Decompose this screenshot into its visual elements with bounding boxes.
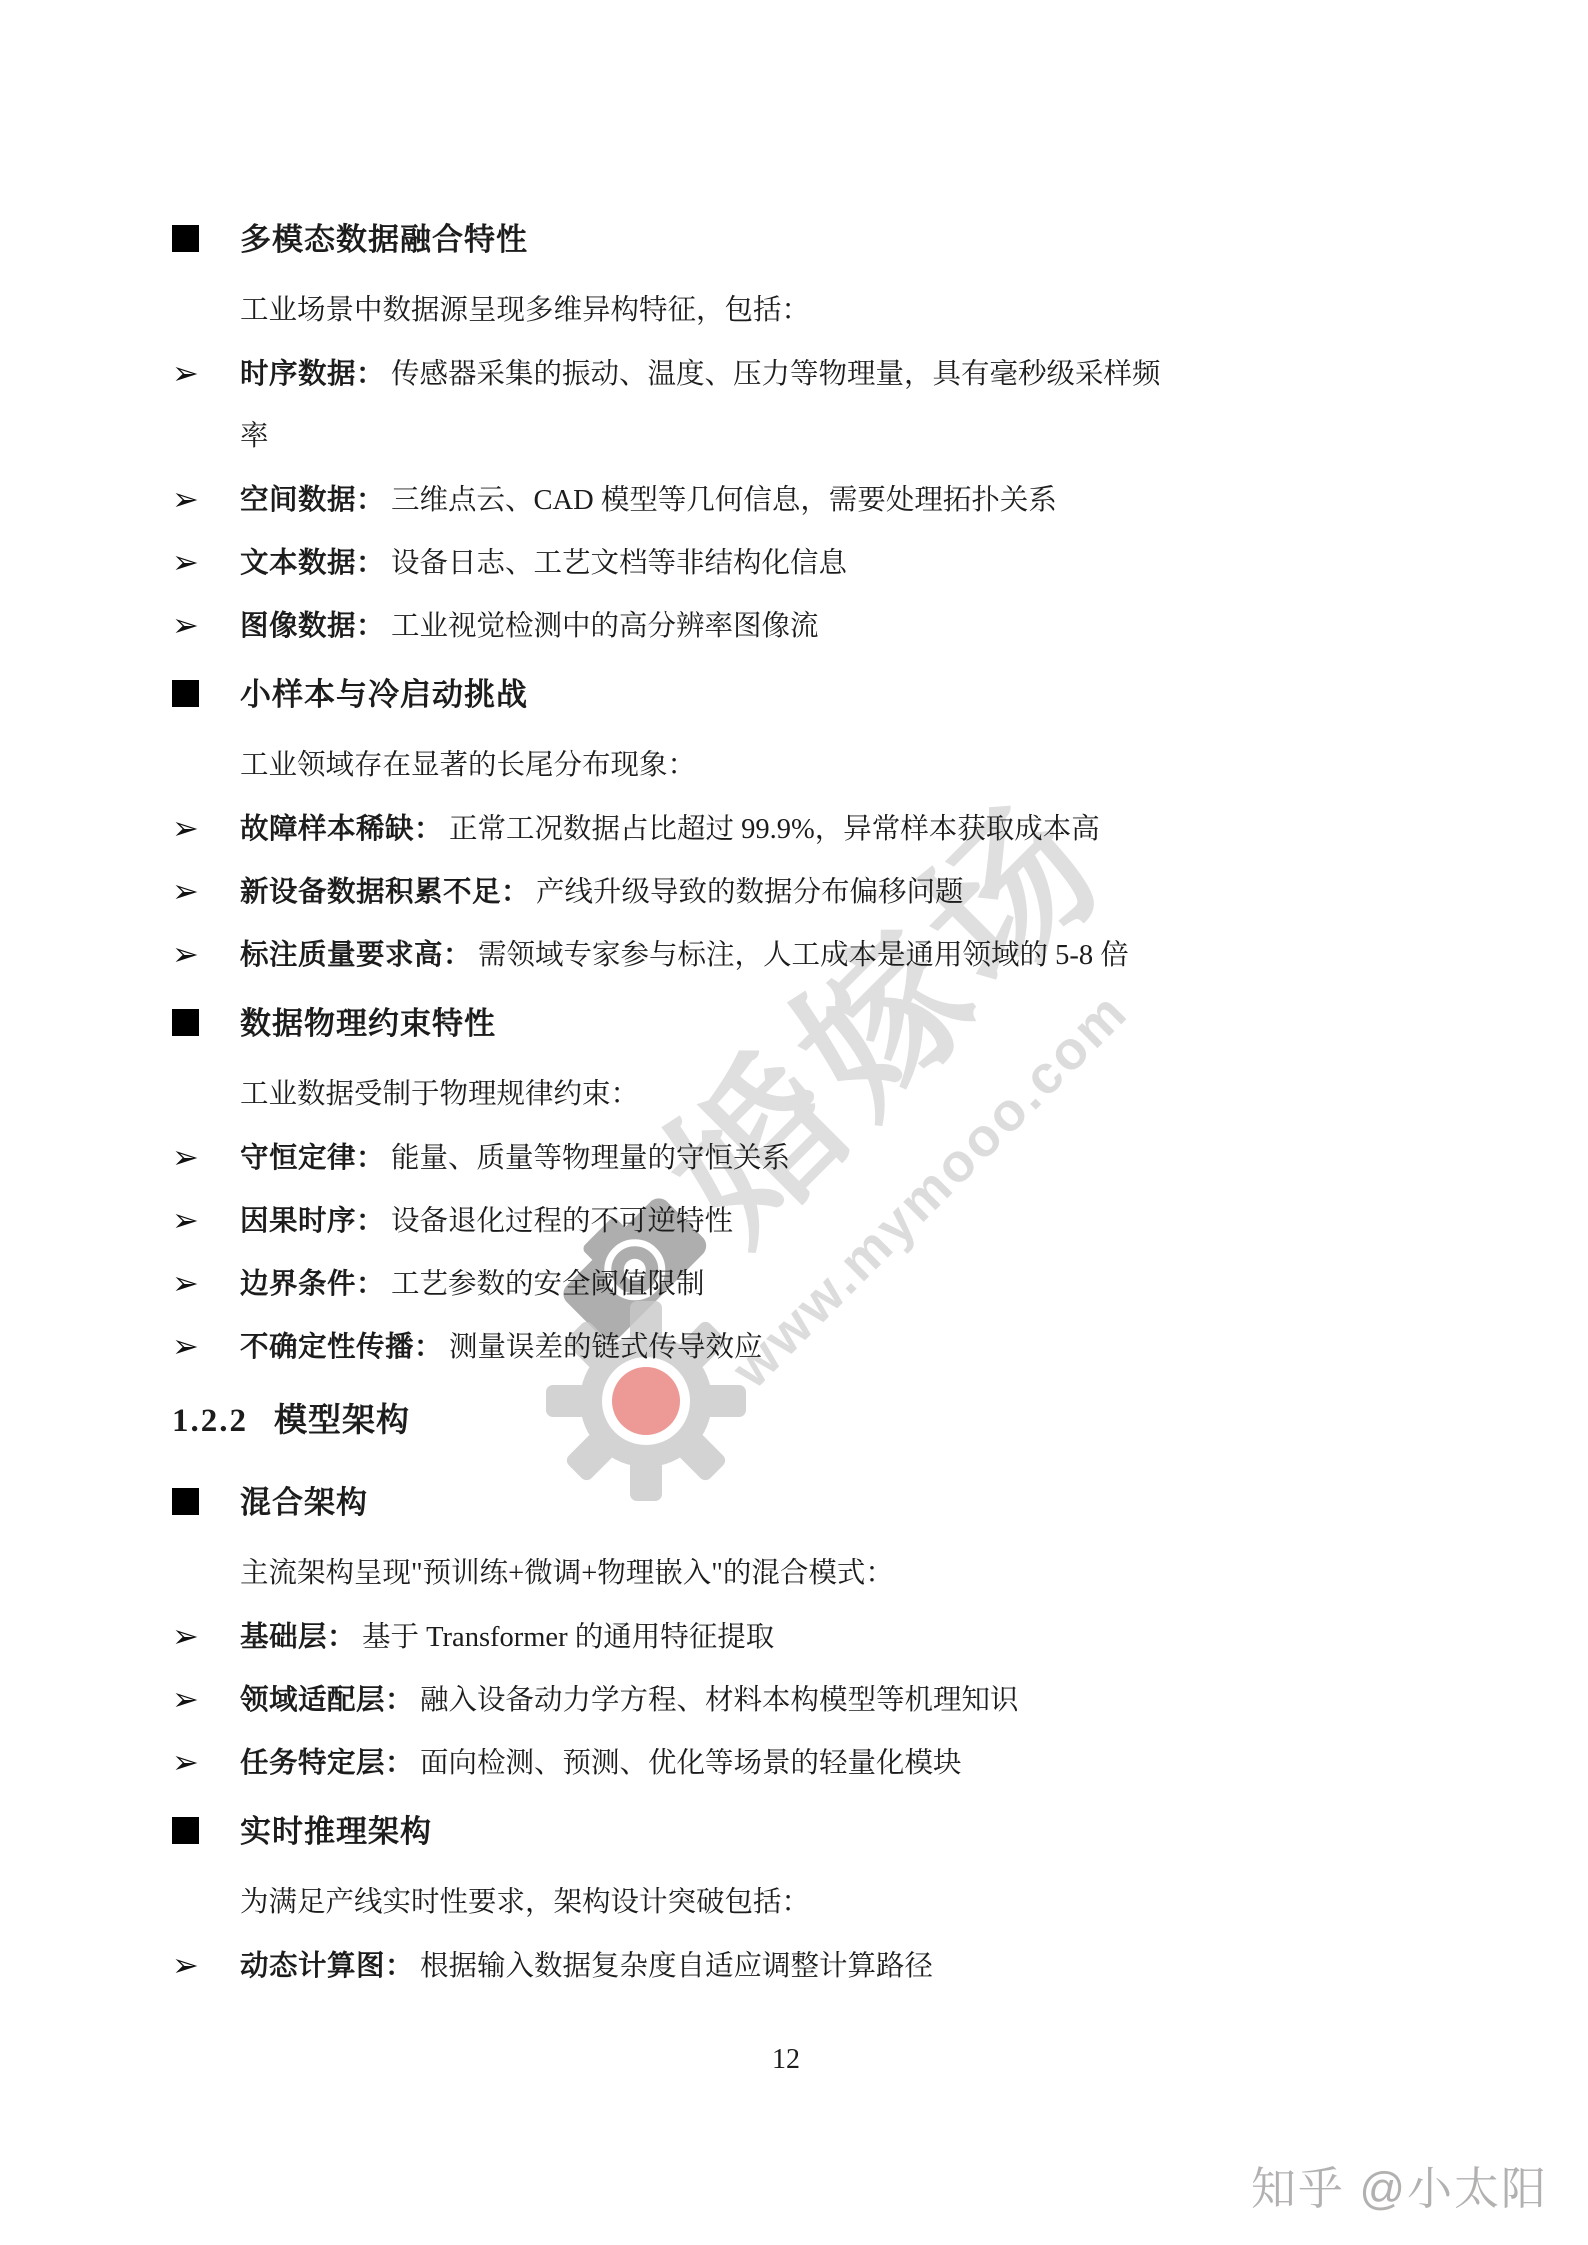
bullet-item: ➢不确定性传播：测量误差的链式传导效应 bbox=[172, 1327, 1432, 1367]
bullet-item: ➢故障样本稀缺：正常工况数据占比超过 99.9%，异常样本获取成本高 bbox=[172, 809, 1432, 849]
bullet-item: ➢新设备数据积累不足：产线升级导致的数据分布偏移问题 bbox=[172, 872, 1432, 912]
section-heading: 小样本与冷启动挑战 bbox=[172, 669, 1432, 717]
numbered-heading: 1.2.2模型架构 bbox=[172, 1390, 1432, 1444]
paragraph-text: 工业领域存在显著的长尾分布现象： bbox=[172, 746, 1432, 786]
arrow-bullet-icon: ➢ bbox=[172, 479, 199, 519]
bullet-text: 基于 Transformer 的通用特征提取 bbox=[362, 1622, 774, 1653]
bullet-label: 新设备数据积累不足： bbox=[240, 876, 530, 908]
bullet-text: 面向检测、预测、优化等场景的轻量化模块 bbox=[420, 1748, 962, 1779]
section-heading: 数据物理约束特性 bbox=[172, 998, 1432, 1046]
bullet-text: 产线升级导致的数据分布偏移问题 bbox=[536, 877, 964, 908]
bullet-label: 空间数据： bbox=[240, 484, 385, 516]
bullet-item: ➢空间数据：三维点云、CAD 模型等几何信息，需要处理拓扑关系 bbox=[172, 480, 1432, 520]
bullet-text: 融入设备动力学方程、材料本构模型等机理知识 bbox=[420, 1685, 1019, 1716]
square-bullet-icon bbox=[172, 1488, 199, 1515]
arrow-bullet-icon: ➢ bbox=[172, 808, 199, 848]
square-bullet-icon bbox=[172, 1009, 199, 1036]
bullet-text: 工业视觉检测中的高分辨率图像流 bbox=[391, 611, 819, 642]
bullet-item: ➢图像数据：工业视觉检测中的高分辨率图像流 bbox=[172, 606, 1432, 646]
section-heading-text: 实时推理架构 bbox=[240, 1814, 432, 1849]
bullet-label: 边界条件： bbox=[240, 1268, 385, 1300]
square-bullet-icon bbox=[172, 680, 199, 707]
arrow-bullet-icon: ➢ bbox=[172, 871, 199, 911]
arrow-bullet-icon: ➢ bbox=[172, 1616, 199, 1656]
square-bullet-icon bbox=[172, 1817, 199, 1844]
paragraph-text: 工业数据受制于物理规律约束： bbox=[172, 1075, 1432, 1115]
bullet-text: 设备退化过程的不可逆特性 bbox=[391, 1206, 733, 1237]
continuation-text: 率 bbox=[172, 417, 1432, 457]
bullet-text: 工艺参数的安全阈值限制 bbox=[391, 1269, 705, 1300]
bullet-label: 图像数据： bbox=[240, 610, 385, 642]
section-heading-text: 多模态数据融合特性 bbox=[240, 222, 528, 257]
bullet-item: ➢动态计算图：根据输入数据复杂度自适应调整计算路径 bbox=[172, 1946, 1432, 1986]
arrow-bullet-icon: ➢ bbox=[172, 542, 199, 582]
heading-number: 1.2.2 bbox=[172, 1403, 248, 1439]
arrow-bullet-icon: ➢ bbox=[172, 934, 199, 974]
bullet-item: ➢标注质量要求高：需领域专家参与标注，人工成本是通用领域的 5-8 倍 bbox=[172, 935, 1432, 975]
arrow-bullet-icon: ➢ bbox=[172, 353, 199, 393]
bullet-text: 正常工况数据占比超过 99.9%，异常样本获取成本高 bbox=[449, 814, 1100, 845]
section-heading: 多模态数据融合特性 bbox=[172, 214, 1432, 262]
bullet-label: 守恒定律： bbox=[240, 1142, 385, 1174]
bullet-label: 任务特定层： bbox=[240, 1747, 414, 1779]
arrow-bullet-icon: ➢ bbox=[172, 605, 199, 645]
bullet-item: ➢时序数据：传感器采集的振动、温度、压力等物理量，具有毫秒级采样频 bbox=[172, 354, 1432, 394]
arrow-bullet-icon: ➢ bbox=[172, 1326, 199, 1366]
zhihu-credit: 知乎 @小太阳 bbox=[1251, 2152, 1548, 2217]
bullet-label: 故障样本稀缺： bbox=[240, 813, 443, 845]
bullet-item: ➢任务特定层：面向检测、预测、优化等场景的轻量化模块 bbox=[172, 1743, 1432, 1783]
bullet-text: 根据输入数据复杂度自适应调整计算路径 bbox=[420, 1951, 933, 1982]
bullet-text: 三维点云、CAD 模型等几何信息，需要处理拓扑关系 bbox=[391, 485, 1057, 516]
section-heading: 混合架构 bbox=[172, 1477, 1432, 1525]
bullet-text: 需领域专家参与标注，人工成本是通用领域的 5-8 倍 bbox=[478, 940, 1129, 971]
bullet-item: ➢基础层：基于 Transformer 的通用特征提取 bbox=[172, 1617, 1432, 1657]
document-page: 婚嫁场 www.mymooo.com bbox=[0, 0, 1588, 2245]
bullet-label: 不确定性传播： bbox=[240, 1331, 443, 1363]
arrow-bullet-icon: ➢ bbox=[172, 1263, 199, 1303]
bullet-label: 标注质量要求高： bbox=[240, 939, 472, 971]
bullet-item: ➢边界条件：工艺参数的安全阈值限制 bbox=[172, 1264, 1432, 1304]
page-number: 12 bbox=[0, 2044, 1572, 2076]
bullet-label: 基础层： bbox=[240, 1621, 356, 1653]
arrow-bullet-icon: ➢ bbox=[172, 1945, 199, 1985]
bullet-label: 因果时序： bbox=[240, 1205, 385, 1237]
bullet-label: 文本数据： bbox=[240, 547, 385, 579]
bullet-item: ➢守恒定律：能量、质量等物理量的守恒关系 bbox=[172, 1138, 1432, 1178]
section-heading-text: 小样本与冷启动挑战 bbox=[240, 677, 528, 712]
document-body: 多模态数据融合特性工业场景中数据源呈现多维异构特征，包括：➢时序数据：传感器采集… bbox=[172, 214, 1432, 2009]
paragraph-text: 工业场景中数据源呈现多维异构特征，包括： bbox=[172, 291, 1432, 331]
arrow-bullet-icon: ➢ bbox=[172, 1200, 199, 1240]
bullet-label: 时序数据： bbox=[240, 358, 385, 390]
paragraph-text: 主流架构呈现"预训练+微调+物理嵌入"的混合模式： bbox=[172, 1554, 1432, 1594]
bullet-item: ➢领域适配层：融入设备动力学方程、材料本构模型等机理知识 bbox=[172, 1680, 1432, 1720]
numbered-heading-text: 模型架构 bbox=[274, 1401, 410, 1438]
bullet-label: 领域适配层： bbox=[240, 1684, 414, 1716]
arrow-bullet-icon: ➢ bbox=[172, 1137, 199, 1177]
square-bullet-icon bbox=[172, 225, 199, 252]
bullet-text: 传感器采集的振动、温度、压力等物理量，具有毫秒级采样频 bbox=[391, 359, 1161, 390]
paragraph-text: 为满足产线实时性要求，架构设计突破包括： bbox=[172, 1883, 1432, 1923]
bullet-text: 设备日志、工艺文档等非结构化信息 bbox=[391, 548, 847, 579]
arrow-bullet-icon: ➢ bbox=[172, 1679, 199, 1719]
section-heading-text: 数据物理约束特性 bbox=[240, 1006, 496, 1041]
section-heading-text: 混合架构 bbox=[240, 1485, 368, 1520]
arrow-bullet-icon: ➢ bbox=[172, 1742, 199, 1782]
bullet-text: 测量误差的链式传导效应 bbox=[449, 1332, 763, 1363]
bullet-label: 动态计算图： bbox=[240, 1950, 414, 1982]
section-heading: 实时推理架构 bbox=[172, 1806, 1432, 1854]
bullet-text: 能量、质量等物理量的守恒关系 bbox=[391, 1143, 790, 1174]
bullet-item: ➢文本数据：设备日志、工艺文档等非结构化信息 bbox=[172, 543, 1432, 583]
bullet-item: ➢因果时序：设备退化过程的不可逆特性 bbox=[172, 1201, 1432, 1241]
